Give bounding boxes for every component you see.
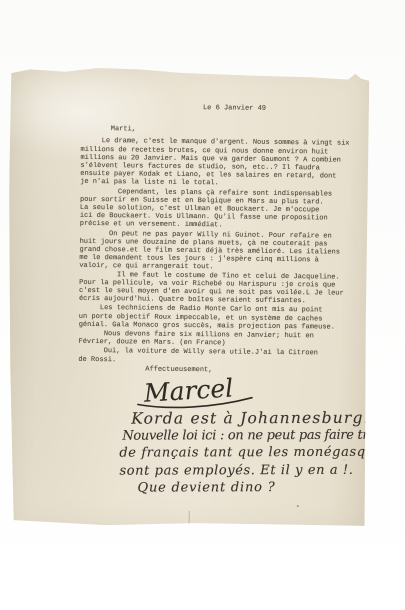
letter-paragraph-2: Cependant, les plans çà refaire sont ind… (80, 187, 359, 231)
letter-paragraph-1: Le drame, c'est le manque d'argent. Nous… (80, 137, 360, 189)
postscript-line: sont pas employés. Et il y en a !. (119, 463, 356, 478)
postscript-line: Korda est à Johannesburg. (131, 411, 356, 426)
paper-speck (297, 505, 299, 507)
typed-letter-body: Le 6 Janvier 49 Marti, Le drame, c'est l… (6, 66, 370, 500)
letter-paper: Le 6 Janvier 49 Marti, Le drame, c'est l… (6, 66, 371, 530)
letter-salutation: Marti, (111, 125, 360, 136)
letter-paragraph-3: On peut ne pas payer Willy ni Guinot. Po… (79, 230, 359, 307)
handwritten-signature: Marcel (134, 372, 274, 411)
postscript-line: Nouvelle loi ici : on ne peut pas faire … (122, 428, 356, 443)
paper-speck (10, 471, 13, 473)
letter-date: Le 6 Janvier 49 (203, 104, 360, 114)
photo-background: Le 6 Janvier 49 Marti, Le drame, c'est l… (0, 0, 405, 610)
paper-speck (343, 460, 345, 461)
postscript-line: de français tant que les monégasques ne (119, 446, 356, 461)
paper-fold-mark (189, 511, 190, 524)
postscript-line: Que devient dino ? (137, 481, 356, 496)
signature-text: Marcel (142, 374, 234, 408)
letter-paragraph-4: Les techniciens de Radio Monte Carlo ont… (79, 304, 358, 332)
letter-paragraph-6: Oui, la voiture de Willy sera utile.J'ai… (78, 347, 357, 366)
handwritten-postscript: Korda est à Johannesburg. Nouvelle loi i… (77, 411, 356, 496)
